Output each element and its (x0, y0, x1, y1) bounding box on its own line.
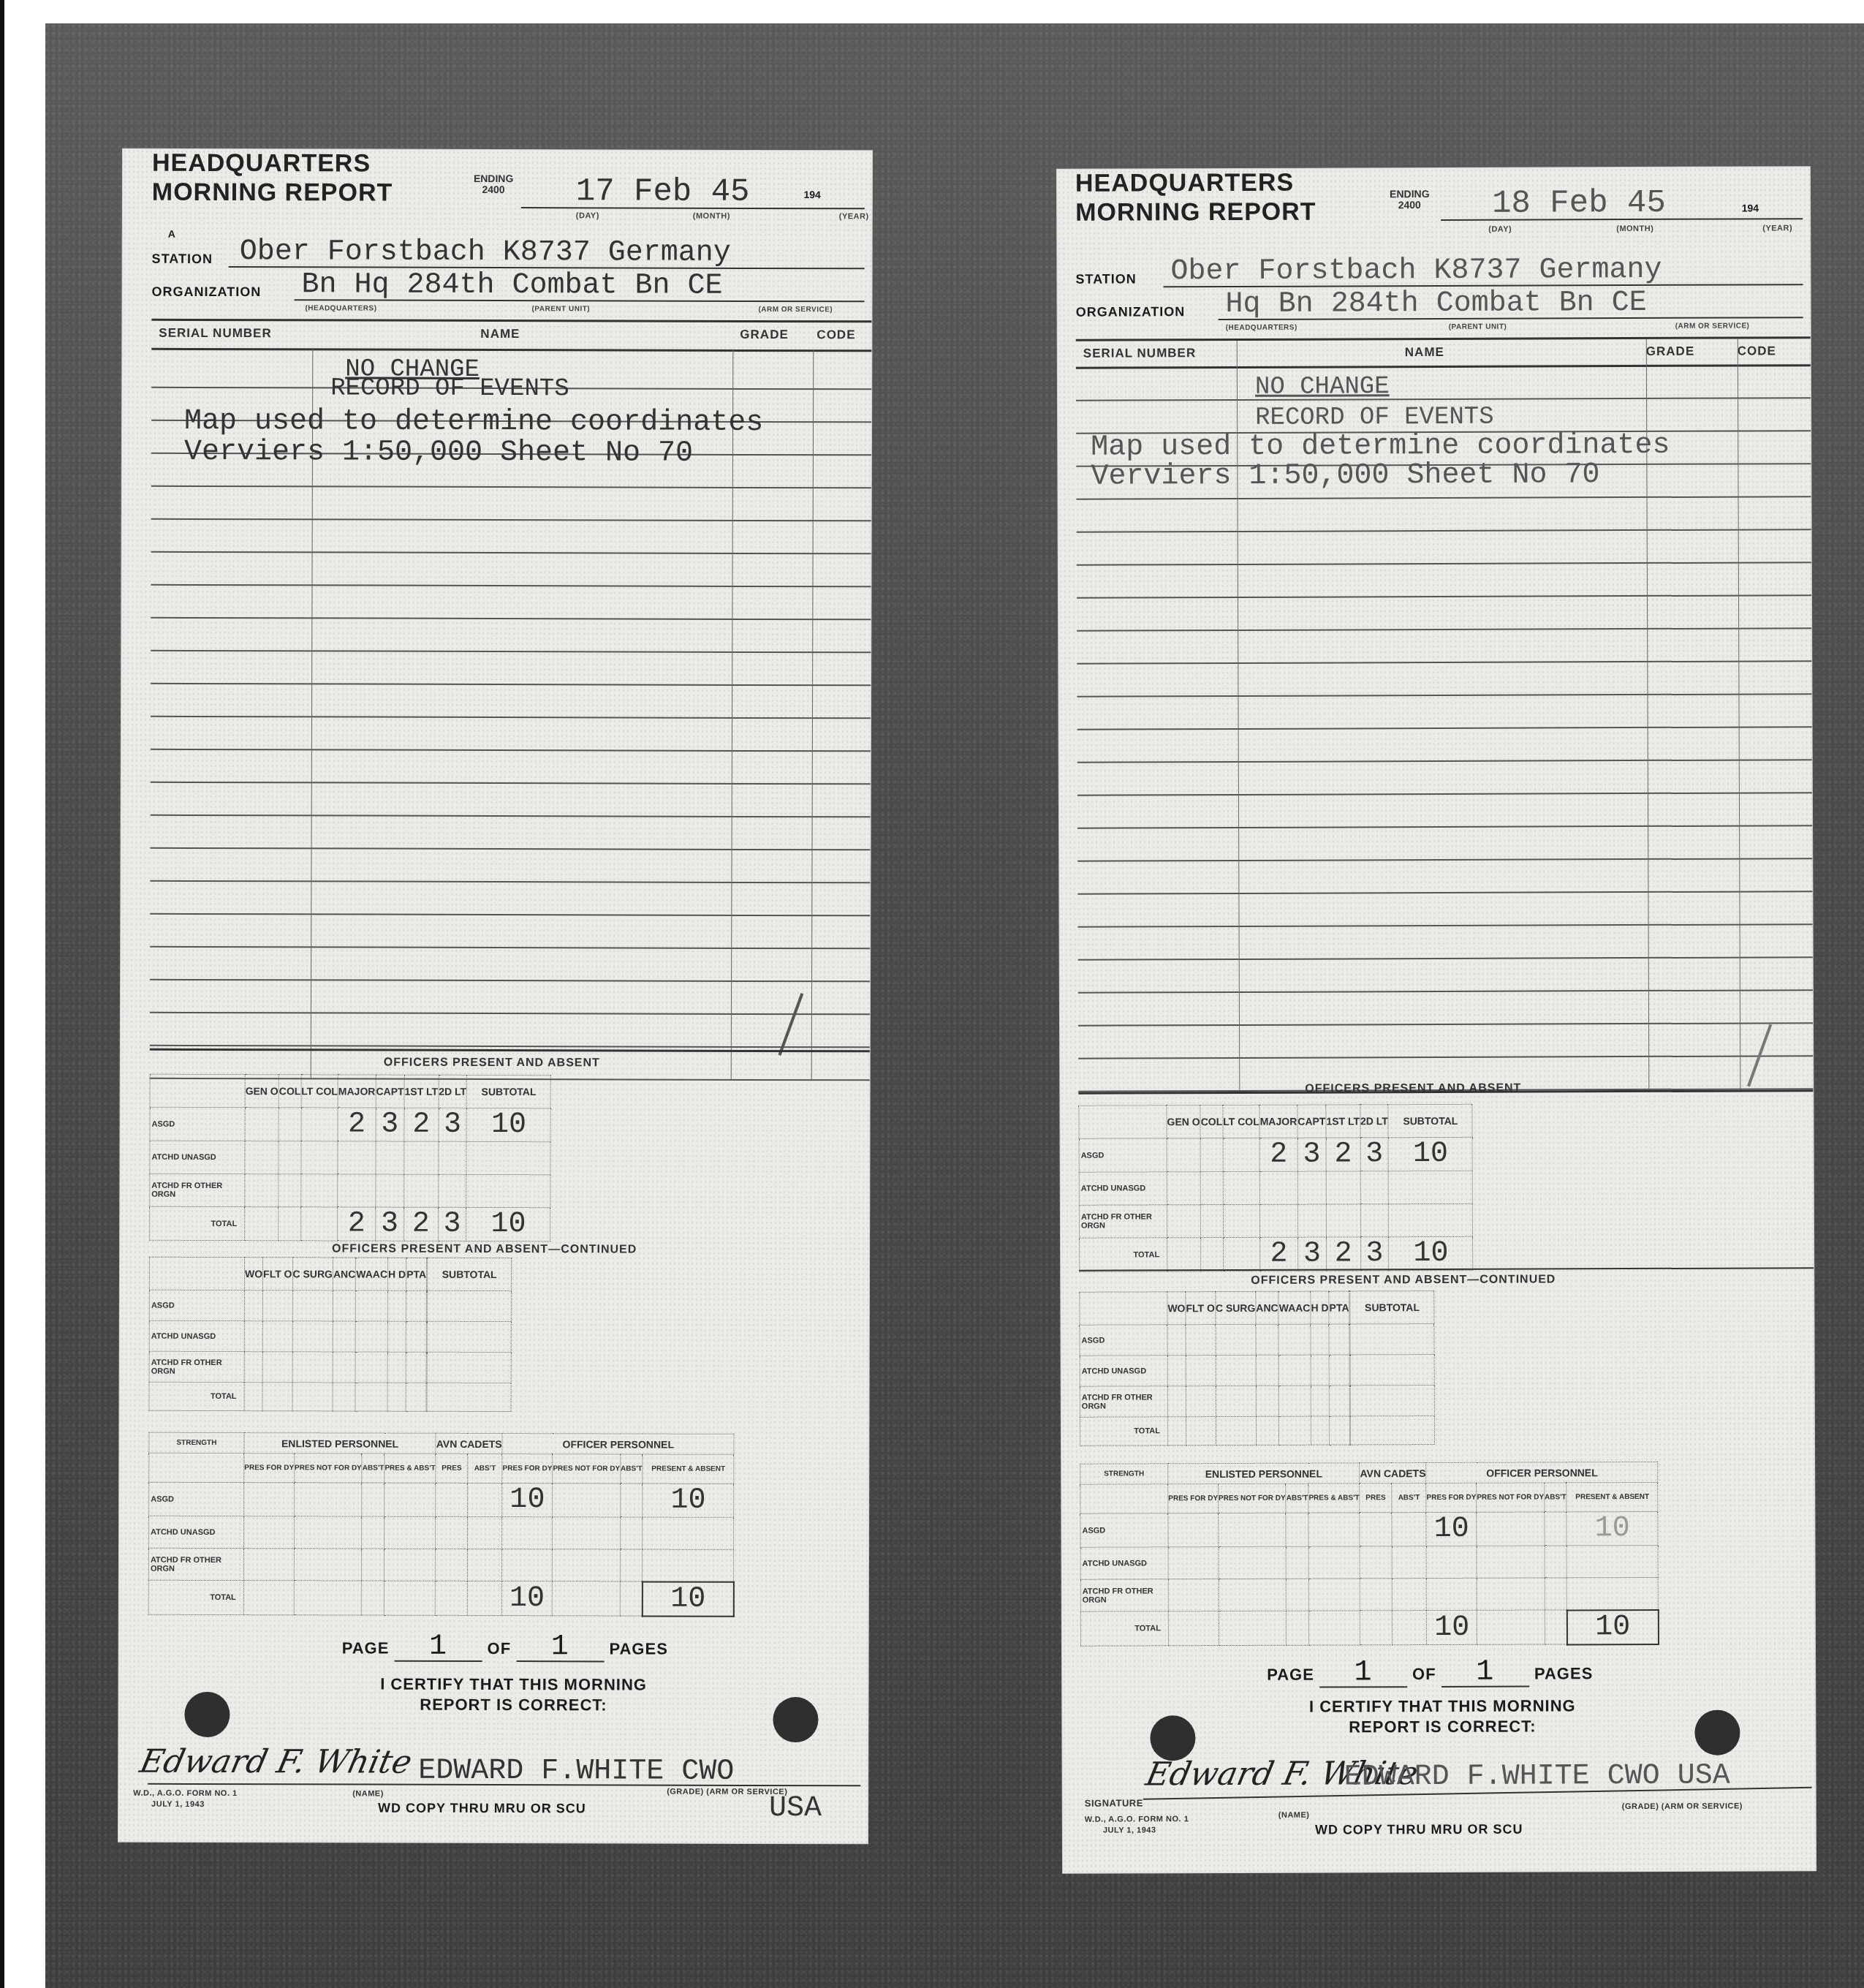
month-sublabel: (MONTH) (1616, 224, 1653, 233)
row-label: ATCHD UNASGD (1079, 1172, 1167, 1205)
col-lt-col: LT COL (1223, 1105, 1260, 1138)
row-label: ATCHD UNASGD (1080, 1547, 1168, 1579)
table-row: ASGD 2 3 2 3 10 (150, 1107, 551, 1141)
table-row: TOTAL 2 3 2 3 10 (150, 1206, 551, 1241)
col-flt-o: FLT O (263, 1258, 293, 1290)
sub-header: PRES (436, 1454, 468, 1483)
col-2d-lt: 2D LT (439, 1075, 467, 1108)
page-label: PAGE (342, 1639, 390, 1657)
grade-caption: (GRADE) (ARM OR SERVICE) (1622, 1802, 1743, 1813)
row-label: ATCHD UNASGD (149, 1516, 244, 1548)
table-row: ASGD (1080, 1324, 1434, 1356)
parent-unit-sublabel: (PARENT UNIT) (531, 305, 590, 313)
officers-table: GEN O COL LT COL MAJOR CAPT 1ST LT 2D LT… (149, 1074, 551, 1241)
of-label: OF (488, 1639, 512, 1658)
row-label: ATCHD FR OTHER ORGN (150, 1173, 245, 1206)
cell (1223, 1138, 1260, 1171)
table-row: ATCHD FR OTHER ORGN (150, 1173, 551, 1207)
row-label: TOTAL (149, 1382, 244, 1410)
cell: 2 (1326, 1237, 1360, 1271)
divider (151, 319, 871, 323)
officers-continued-table: WO FLT O C SURG ANC WAAC H D PTA SUBTOTA… (1079, 1290, 1435, 1446)
year-sublabel: (YEAR) (1762, 224, 1792, 233)
row-label: ASGD (1079, 1138, 1167, 1172)
cell: 2 (1260, 1237, 1298, 1271)
table-row: TOTAL 2 3 2 3 10 (1080, 1236, 1474, 1271)
cell: 2 (404, 1108, 439, 1141)
form-number: W.D., A.G.O. FORM NO. 1 JULY 1, 1943 (1085, 1814, 1189, 1836)
row-label: ATCHD FR OTHER ORGN (1079, 1205, 1167, 1238)
col-wo: WO (1167, 1292, 1186, 1325)
officers-continued-title: OFFICERS PRESENT AND ABSENT—CONTINUED (332, 1242, 637, 1256)
station-value: Ober Forstbach K8737 Germany (1170, 254, 1662, 288)
table-row: ATCHD UNASGD (149, 1516, 735, 1549)
row-label: ASGD (150, 1107, 245, 1141)
ending-text: ENDING (1390, 189, 1430, 200)
row-label: ATCHD UNASGD (149, 1320, 244, 1351)
enlisted-personnel-header: ENLISTED PERSONNEL (244, 1433, 436, 1454)
sub-header: PRESENT & ABSENT (643, 1454, 734, 1484)
sub-header: PRES NOT FOR DY (295, 1454, 363, 1483)
table-row: ASGD 2 3 2 3 10 (1079, 1137, 1473, 1172)
cell: 2 (1259, 1138, 1297, 1171)
cell (1201, 1238, 1224, 1271)
pages-label: PAGES (1534, 1664, 1593, 1682)
row-label: TOTAL (1080, 1417, 1167, 1445)
headquarters-label: HEADQUARTERS (1075, 169, 1294, 198)
col-subtotal: SUBTOTAL (428, 1258, 512, 1290)
sub-header: PRES NOT FOR DY (1477, 1483, 1545, 1512)
page-label: PAGE (1267, 1666, 1314, 1684)
officers-continued-title: OFFICERS PRESENT AND ABSENT—CONTINUED (1251, 1273, 1556, 1287)
table-row: ATCHD FR OTHER ORGN (149, 1351, 511, 1383)
sub-header: ABS'T (1545, 1483, 1567, 1512)
col-col: COL (279, 1075, 301, 1108)
arm-sublabel: (ARM OR SERVICE) (758, 306, 833, 314)
grade-header: GRADE (1646, 344, 1694, 359)
cell: 3 (1360, 1237, 1389, 1271)
col-subtotal: SUBTOTAL (466, 1075, 550, 1108)
sub-header: ABS'T (1286, 1484, 1308, 1513)
cell: 3 (439, 1108, 467, 1141)
sub-header: ABS'T (362, 1454, 384, 1483)
sub-header: PRES FOR DY (1426, 1483, 1477, 1512)
total-pages: 1 (1441, 1660, 1529, 1687)
station-value: Ober Forstbach K8737 Germany (240, 235, 731, 270)
event-line-2: Verviers 1:50,000 Sheet No 70 (184, 436, 693, 470)
certify-line-1: I CERTIFY THAT THIS MORNING (1267, 1696, 1618, 1717)
code-header: CODE (1738, 344, 1776, 358)
strength-label: STRENGTH (149, 1432, 244, 1453)
table-row: TOTAL 10 10 (1080, 1609, 1659, 1646)
row-label: TOTAL (150, 1206, 245, 1240)
col-wo: WO (244, 1258, 262, 1290)
table-row: ASGD 10 10 (149, 1482, 735, 1517)
record-of-events-heading: RECORD OF EVENTS (1255, 404, 1494, 432)
table-row: ATCHD FR OTHER ORGN (1080, 1386, 1434, 1418)
station-label: STATION (152, 252, 213, 267)
cell: 3 (438, 1207, 466, 1241)
table-row: ASGD 10 10 (1080, 1511, 1659, 1547)
cell: 10 (643, 1484, 734, 1517)
event-line-2: Verviers 1:50,000 Sheet No 70 (1091, 458, 1599, 493)
col-1st-lt: 1ST LT (1326, 1105, 1360, 1138)
cell: 2 (404, 1207, 439, 1241)
event-line-1: Map used to determine coordinates (184, 405, 763, 439)
sub-header: PRES NOT FOR DY (553, 1454, 621, 1484)
cell: 10 (1389, 1236, 1473, 1270)
avn-cadets-header: AVN CADETS (436, 1433, 502, 1454)
avn-cadets-header: AVN CADETS (1360, 1463, 1426, 1484)
row-label: TOTAL (148, 1580, 243, 1614)
page-count: PAGE 1 OF 1 PAGES (342, 1633, 668, 1662)
cell (1223, 1237, 1260, 1271)
parent-unit-sublabel: (PARENT UNIT) (1449, 323, 1507, 331)
row-label: ATCHD UNASGD (150, 1141, 245, 1173)
table-row: TOTAL (149, 1382, 511, 1411)
row-label: ASGD (149, 1290, 244, 1320)
hq-sublabel: (HEADQUARTERS) (1226, 324, 1297, 332)
sub-header: ABS'T (468, 1454, 502, 1483)
serial-number-header: SERIAL NUMBER (159, 326, 271, 341)
cell: 2 (338, 1108, 376, 1141)
strength-table: STRENGTH ENLISTED PERSONNEL AVN CADETS O… (1080, 1462, 1659, 1647)
serial-number-header: SERIAL NUMBER (1083, 346, 1196, 361)
total-pages: 1 (516, 1634, 604, 1662)
strength-table: STRENGTH ENLISTED PERSONNEL AVN CADETS O… (148, 1432, 735, 1617)
form-line-1: W.D., A.G.O. FORM NO. 1 (133, 1788, 238, 1799)
certify-line-2: REPORT IS CORRECT: (1267, 1716, 1618, 1738)
cell: 10 (466, 1207, 550, 1241)
row-label: ATCHD FR OTHER ORGN (1080, 1386, 1167, 1417)
cell: 3 (1297, 1138, 1326, 1171)
cell (1200, 1138, 1223, 1172)
form-line-1: W.D., A.G.O. FORM NO. 1 (1085, 1814, 1189, 1825)
cell (245, 1207, 279, 1241)
cell (1167, 1138, 1200, 1172)
ending-text: ENDING (474, 173, 513, 184)
row-label: ASGD (1080, 1325, 1167, 1356)
sub-header: PRES (1360, 1484, 1392, 1513)
punch-hole-left (1150, 1715, 1195, 1761)
col-1st-lt: 1ST LT (404, 1075, 439, 1108)
officers-continued-table: WO FLT O C SURG ANC WAAC H D PTA SUBTOTA… (149, 1257, 512, 1412)
divider (151, 348, 871, 352)
record-of-events-heading: RECORD OF EVENTS (330, 374, 569, 403)
row-label: ATCHD UNASGD (1080, 1356, 1167, 1386)
divider (1076, 364, 1811, 369)
arm-sublabel: (ARM OR SERVICE) (1675, 322, 1750, 330)
cell: 3 (375, 1207, 404, 1241)
day-sublabel: (DAY) (576, 211, 599, 220)
sub-header: PRESENT & ABSENT (1566, 1482, 1658, 1511)
signer-service: USA (769, 1792, 822, 1825)
page-number: 1 (1319, 1660, 1407, 1687)
day-sublabel: (DAY) (1488, 225, 1512, 234)
officers-table: GEN O COL LT COL MAJOR CAPT 1ST LT 2D LT… (1078, 1104, 1473, 1272)
punch-hole-left (184, 1692, 230, 1737)
col-hd: H D (388, 1258, 406, 1290)
row-label: ATCHD FR OTHER ORGN (149, 1351, 244, 1382)
signature-label: SIGNATURE (1085, 1797, 1143, 1808)
grade-header: GRADE (740, 328, 788, 342)
table-row: ATCHD UNASGD (150, 1141, 551, 1174)
col-hd: H D (1311, 1291, 1329, 1324)
row-label: TOTAL (1080, 1611, 1168, 1646)
col-c-surg: C SURG (292, 1258, 333, 1290)
name-header: NAME (1405, 345, 1444, 360)
officers-section-title: OFFICERS PRESENT AND ABSENT (384, 1057, 600, 1070)
cell: 10 (1427, 1610, 1477, 1644)
cell: 10 (502, 1484, 553, 1517)
name-caption: (NAME) (352, 1788, 384, 1799)
form-number: W.D., A.G.O. FORM NO. 1 JULY 1, 1943 (133, 1788, 238, 1810)
no-change-entry: NO CHANGE (1255, 373, 1390, 401)
copy-note: WD COPY THRU MRU OR SCU (1315, 1822, 1523, 1838)
pages-label: PAGES (609, 1639, 667, 1658)
sub-header: PRES & ABS'T (384, 1454, 436, 1483)
month-sublabel: (MONTH) (693, 212, 730, 221)
year-sublabel: (YEAR) (839, 212, 869, 221)
code-header: CODE (817, 328, 855, 342)
col-capt: CAPT (376, 1075, 404, 1108)
row-label: ASGD (1080, 1513, 1168, 1547)
punch-hole-right (1694, 1710, 1740, 1755)
ending-time: 2400 (1390, 200, 1430, 211)
sub-header: PRES & ABS'T (1308, 1484, 1360, 1513)
morning-report-title: MORNING REPORT (152, 178, 393, 208)
year-prefix: 194 (803, 189, 820, 200)
cell: 10 (643, 1581, 734, 1616)
name-caption: (NAME) (1278, 1810, 1310, 1821)
punch-hole-right (773, 1697, 818, 1742)
cell (301, 1108, 338, 1141)
cell: 3 (1297, 1237, 1326, 1271)
cell: 10 (1426, 1512, 1477, 1546)
table-row: ASGD (149, 1290, 511, 1321)
col-subtotal: SUBTOTAL (1388, 1104, 1472, 1137)
col-waac: WAAC (356, 1258, 388, 1290)
col-lt-col: LT COL (301, 1075, 338, 1108)
cell: 10 (1566, 1511, 1658, 1545)
report-date: 18 Feb 45 (1492, 185, 1666, 222)
cell (300, 1207, 338, 1241)
page-number: 1 (394, 1634, 482, 1662)
col-pta: PTA (1329, 1291, 1349, 1324)
morning-report-card-2: HEADQUARTERS MORNING REPORT ENDING 2400 … (1057, 167, 1816, 1873)
of-label: OF (1412, 1665, 1436, 1683)
organization-value: Bn Hq 284th Combat Bn CE (301, 268, 722, 303)
morning-report-title: MORNING REPORT (1075, 198, 1316, 227)
signature: Edward F. White (137, 1743, 415, 1781)
row-label: ATCHD FR OTHER ORGN (1080, 1579, 1168, 1611)
officer-personnel-header: OFFICER PERSONNEL (502, 1434, 734, 1455)
col-gen-o: GEN O (245, 1075, 279, 1108)
station-label: STATION (1075, 271, 1136, 287)
ending-label: ENDING 2400 (1390, 189, 1430, 211)
name-header: NAME (480, 327, 520, 341)
col-col: COL (1200, 1106, 1223, 1138)
officer-personnel-header: OFFICER PERSONNEL (1426, 1462, 1658, 1483)
ending-label: ENDING 2400 (474, 173, 514, 195)
certify-line-1: I CERTIFY THAT THIS MORNING (338, 1674, 689, 1695)
col-major: MAJOR (338, 1075, 376, 1108)
scan-edge (0, 0, 4, 1988)
form-line-2: JULY 1, 1943 (1085, 1825, 1189, 1836)
col-pta: PTA (406, 1258, 427, 1290)
form-line-2: JULY 1, 1943 (133, 1799, 238, 1810)
cell: 10 (1388, 1137, 1472, 1171)
cell: 3 (1360, 1138, 1389, 1171)
sub-header: PRES FOR DY (1168, 1484, 1219, 1513)
col-gen-o: GEN O (1167, 1106, 1200, 1138)
row-label: TOTAL (1080, 1238, 1167, 1271)
table-row: TOTAL 10 10 (148, 1580, 734, 1616)
strength-label: STRENGTH (1080, 1464, 1168, 1484)
col-c-surg: C SURG (1215, 1291, 1256, 1324)
cell: 2 (1326, 1138, 1360, 1171)
col-flt-o: FLT O (1186, 1292, 1216, 1325)
cell (1167, 1238, 1201, 1271)
col-major: MAJOR (1259, 1105, 1297, 1138)
ending-time: 2400 (474, 184, 513, 195)
cell (245, 1108, 279, 1141)
divider (1076, 336, 1811, 341)
officers-section-title: OFFICERS PRESENT AND ABSENT (1305, 1082, 1521, 1096)
copy-note: WD COPY THRU MRU OR SCU (378, 1801, 586, 1817)
table-row: ATCHD UNASGD (1079, 1171, 1473, 1205)
year-prefix: 194 (1742, 202, 1759, 213)
station-mark: A (168, 228, 175, 240)
table-row: ATCHD FR OTHER ORGN (148, 1548, 734, 1581)
cell (279, 1207, 301, 1241)
sub-header: PRES NOT FOR DY (1219, 1484, 1287, 1513)
table-row: ATCHD UNASGD (1080, 1355, 1434, 1387)
certification-statement: I CERTIFY THAT THIS MORNING REPORT IS CO… (338, 1674, 689, 1715)
col-waac: WAAC (1278, 1291, 1311, 1324)
cell (279, 1108, 301, 1141)
sub-header: ABS'T (1392, 1484, 1426, 1513)
cell: 10 (502, 1581, 553, 1616)
table-row: ATCHD FR OTHER ORGN (1080, 1577, 1659, 1611)
col-subtotal: SUBTOTAL (1350, 1291, 1434, 1324)
cell: 3 (376, 1108, 404, 1141)
col-2d-lt: 2D LT (1360, 1105, 1388, 1138)
organization-label: ORGANIZATION (1076, 304, 1186, 320)
hq-sublabel: (HEADQUARTERS) (305, 304, 376, 312)
row-label: ATCHD FR OTHER ORGN (148, 1548, 243, 1580)
cell: 10 (1567, 1609, 1659, 1644)
certification-statement: I CERTIFY THAT THIS MORNING REPORT IS CO… (1267, 1696, 1618, 1738)
table-row: ATCHD FR OTHER ORGN (1079, 1203, 1473, 1238)
organization-value: Hq Bn 284th Combat Bn CE (1226, 287, 1647, 321)
table-row: ATCHD UNASGD (1080, 1545, 1659, 1579)
organization-label: ORGANIZATION (151, 284, 261, 300)
enlisted-personnel-header: ENLISTED PERSONNEL (1168, 1463, 1360, 1484)
table-row: TOTAL (1080, 1416, 1434, 1446)
certify-line-2: REPORT IS CORRECT: (338, 1694, 689, 1715)
page-count: PAGE 1 OF 1 PAGES (1267, 1659, 1593, 1688)
cell: 10 (466, 1108, 550, 1141)
col-anc: ANC (1256, 1291, 1279, 1324)
divider (150, 1048, 870, 1053)
sub-header: ABS'T (621, 1454, 643, 1484)
sub-header: PRES FOR DY (244, 1454, 295, 1483)
sub-header: PRES FOR DY (502, 1454, 553, 1484)
col-capt: CAPT (1297, 1105, 1326, 1138)
row-label: ASGD (149, 1482, 244, 1516)
cell: 2 (338, 1207, 376, 1241)
table-row: ATCHD UNASGD (149, 1320, 511, 1352)
headquarters-label: HEADQUARTERS (152, 149, 371, 178)
report-date: 17 Feb 45 (576, 173, 750, 211)
morning-report-card-1: HEADQUARTERS MORNING REPORT ENDING 2400 … (118, 149, 872, 1844)
col-anc: ANC (333, 1258, 355, 1290)
